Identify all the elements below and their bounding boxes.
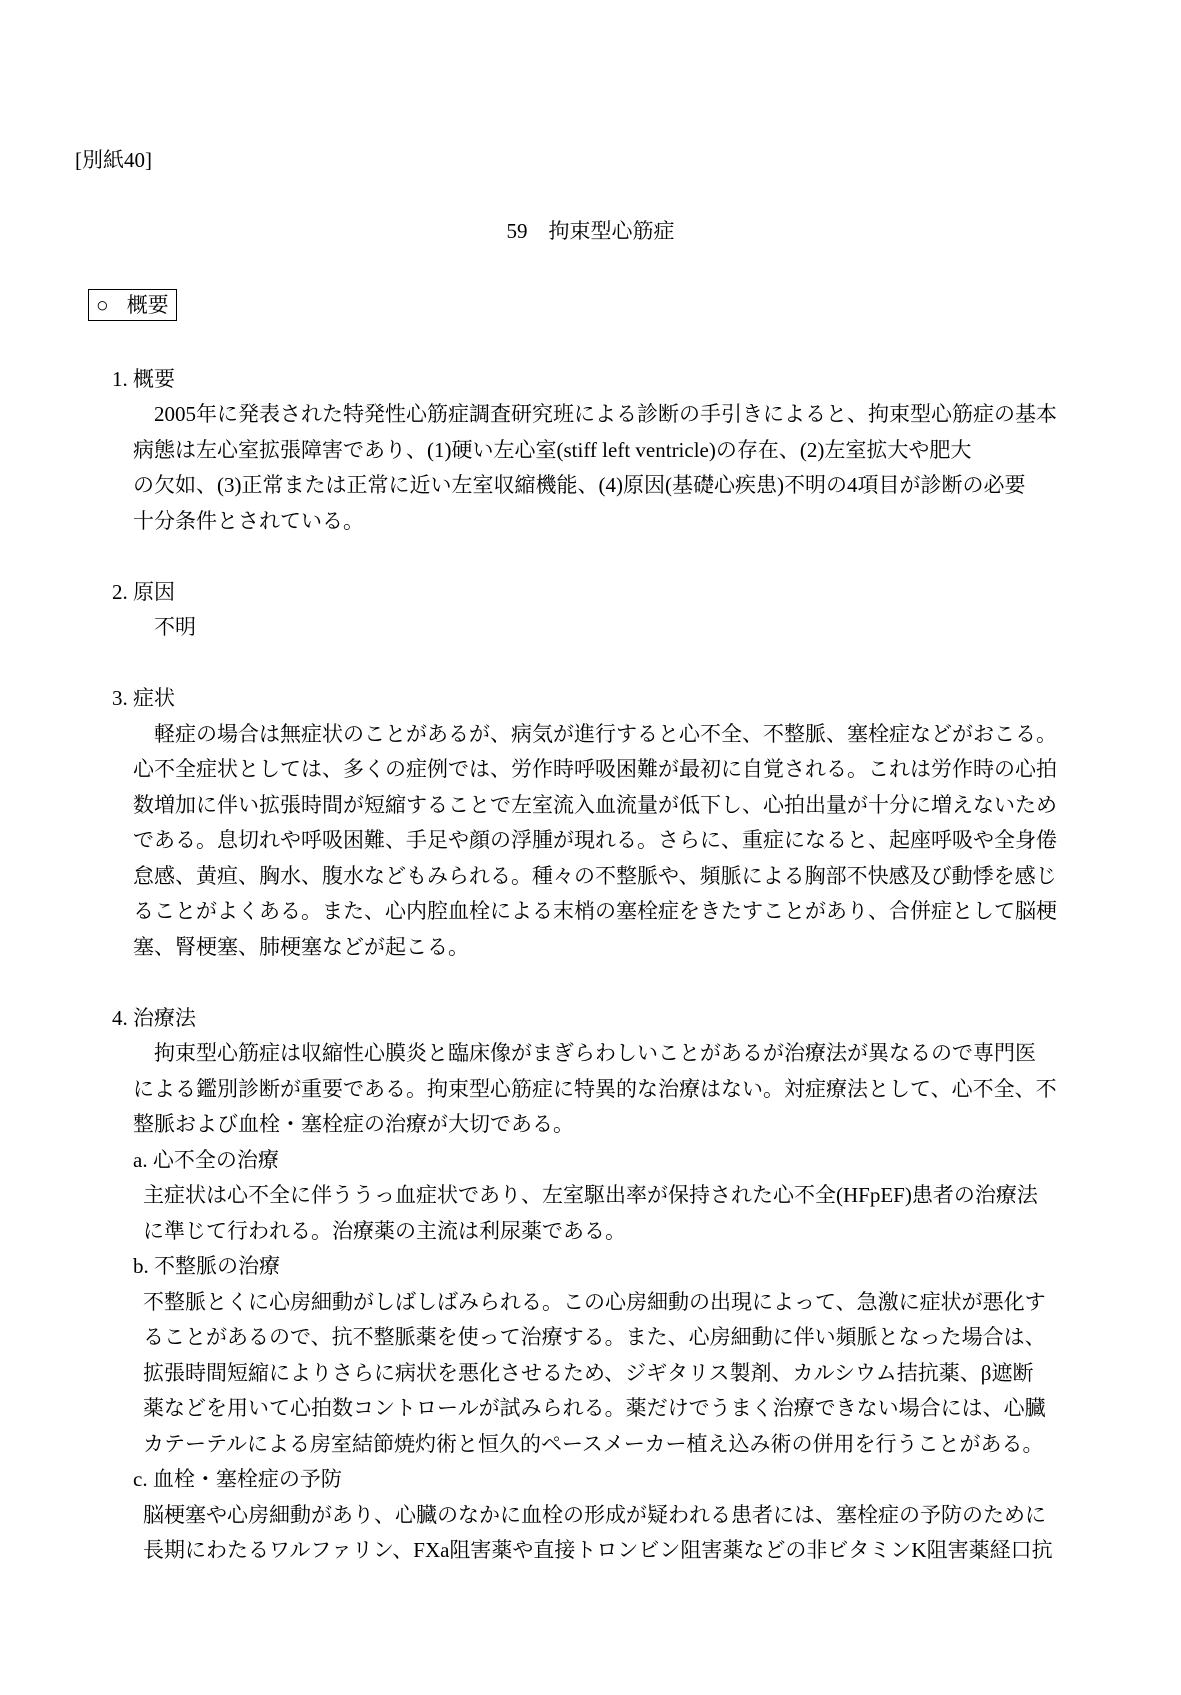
attachment-label: [別紙40]: [75, 143, 1181, 179]
text-line: 軽症の場合は無症状のことがあるが、病気が進行すると心不全、不整脈、塞栓症などがお…: [154, 717, 1181, 753]
spacer: [0, 646, 1181, 682]
page-title: 59 拘束型心筋症: [0, 214, 1181, 250]
document-page: [別紙40] 59 拘束型心筋症 ○ 概要 1. 概要 2005年に発表された特…: [0, 0, 1181, 1695]
subitem-label-a: a. 心不全の治療: [133, 1143, 1181, 1179]
text-line: 心不全症状としては、多くの症例では、労作時呼吸困難が最初に自覚される。これは労作…: [133, 752, 1181, 788]
text-line: 脳梗塞や心房細動があり、心臓のなかに血栓の形成が疑われる患者には、塞栓症の予防の…: [143, 1498, 1181, 1534]
text-line: 十分条件とされている。: [133, 504, 1181, 540]
text-line: による鑑別診断が重要である。拘束型心筋症に特異的な治療はない。対症療法として、心…: [133, 1072, 1181, 1108]
text-line: 長期にわたるワルファリン、FXa阻害薬や直接トロンビン阻害薬などの非ビタミンK阻…: [143, 1533, 1181, 1569]
text-line: ることがあるので、抗不整脈薬を使って治療する。また、心房細動に伴い頻脈となった場…: [143, 1320, 1181, 1356]
text-line: の欠如、(3)正常または正常に近い左室収縮機能、(4)原因(基礎心疾患)不明の4…: [133, 468, 1181, 504]
text-line: 拡張時間短縮によりさらに病状を悪化させるため、ジギタリス製剤、カルシウム拮抗薬、…: [143, 1356, 1181, 1392]
text-line: 怠感、黄疸、胸水、腹水などもみられる。種々の不整脈や、頻脈による胸部不快感及び動…: [133, 859, 1181, 895]
text-line: 不明: [154, 610, 1181, 646]
text-line: 薬などを用いて心拍数コントロールが試みられる。薬だけでうまく治療できない場合には…: [143, 1391, 1181, 1427]
section-heading-2: 2. 原因: [112, 575, 1181, 611]
text-line: 不整脈とくに心房細動がしばしばみられる。この心房細動の出現によって、急激に症状が…: [143, 1285, 1181, 1321]
overview-box: ○ 概要: [88, 289, 177, 321]
subitem-label-b: b. 不整脈の治療: [133, 1249, 1181, 1285]
section-heading-4: 4. 治療法: [112, 1001, 1181, 1037]
text-line: である。息切れや呼吸困難、手足や顔の浮腫が現れる。さらに、重症になると、起座呼吸…: [133, 823, 1181, 859]
text-line: 塞、腎梗塞、肺梗塞などが起こる。: [133, 930, 1181, 966]
spacer: [0, 965, 1181, 1001]
section-heading-1: 1. 概要: [112, 362, 1181, 398]
text-line: ることがよくある。また、心内腔血栓による末梢の塞栓症をきたすことがあり、合併症と…: [133, 894, 1181, 930]
text-line: 数増加に伴い拡張時間が短縮することで左室流入血流量が低下し、心拍出量が十分に増え…: [133, 788, 1181, 824]
text-line: 2005年に発表された特発性心筋症調査研究班による診断の手引きによると、拘束型心…: [154, 397, 1181, 433]
text-line: カテーテルによる房室結節焼灼術と恒久的ペースメーカー植え込み術の併用を行うことが…: [143, 1427, 1181, 1463]
circle-icon: ○: [96, 292, 109, 318]
spacer: [0, 179, 1181, 215]
text-line: 病態は左心室拡張障害であり、(1)硬い左心室(stiff left ventri…: [133, 433, 1181, 469]
text-line: に準じて行われる。治療薬の主流は利尿薬である。: [143, 1214, 1181, 1250]
spacer: [0, 539, 1181, 575]
text-line: 主症状は心不全に伴ううっ血症状であり、左室駆出率が保持された心不全(HFpEF)…: [143, 1178, 1181, 1214]
overview-box-label: 概要: [127, 292, 169, 318]
subitem-label-c: c. 血栓・塞栓症の予防: [133, 1462, 1181, 1498]
section-heading-3: 3. 症状: [112, 681, 1181, 717]
text-line: 拘束型心筋症は収縮性心膜炎と臨床像がまぎらわしいことがあるが治療法が異なるので専…: [154, 1036, 1181, 1072]
text-line: 整脈および血栓・塞栓症の治療が大切である。: [133, 1107, 1181, 1143]
